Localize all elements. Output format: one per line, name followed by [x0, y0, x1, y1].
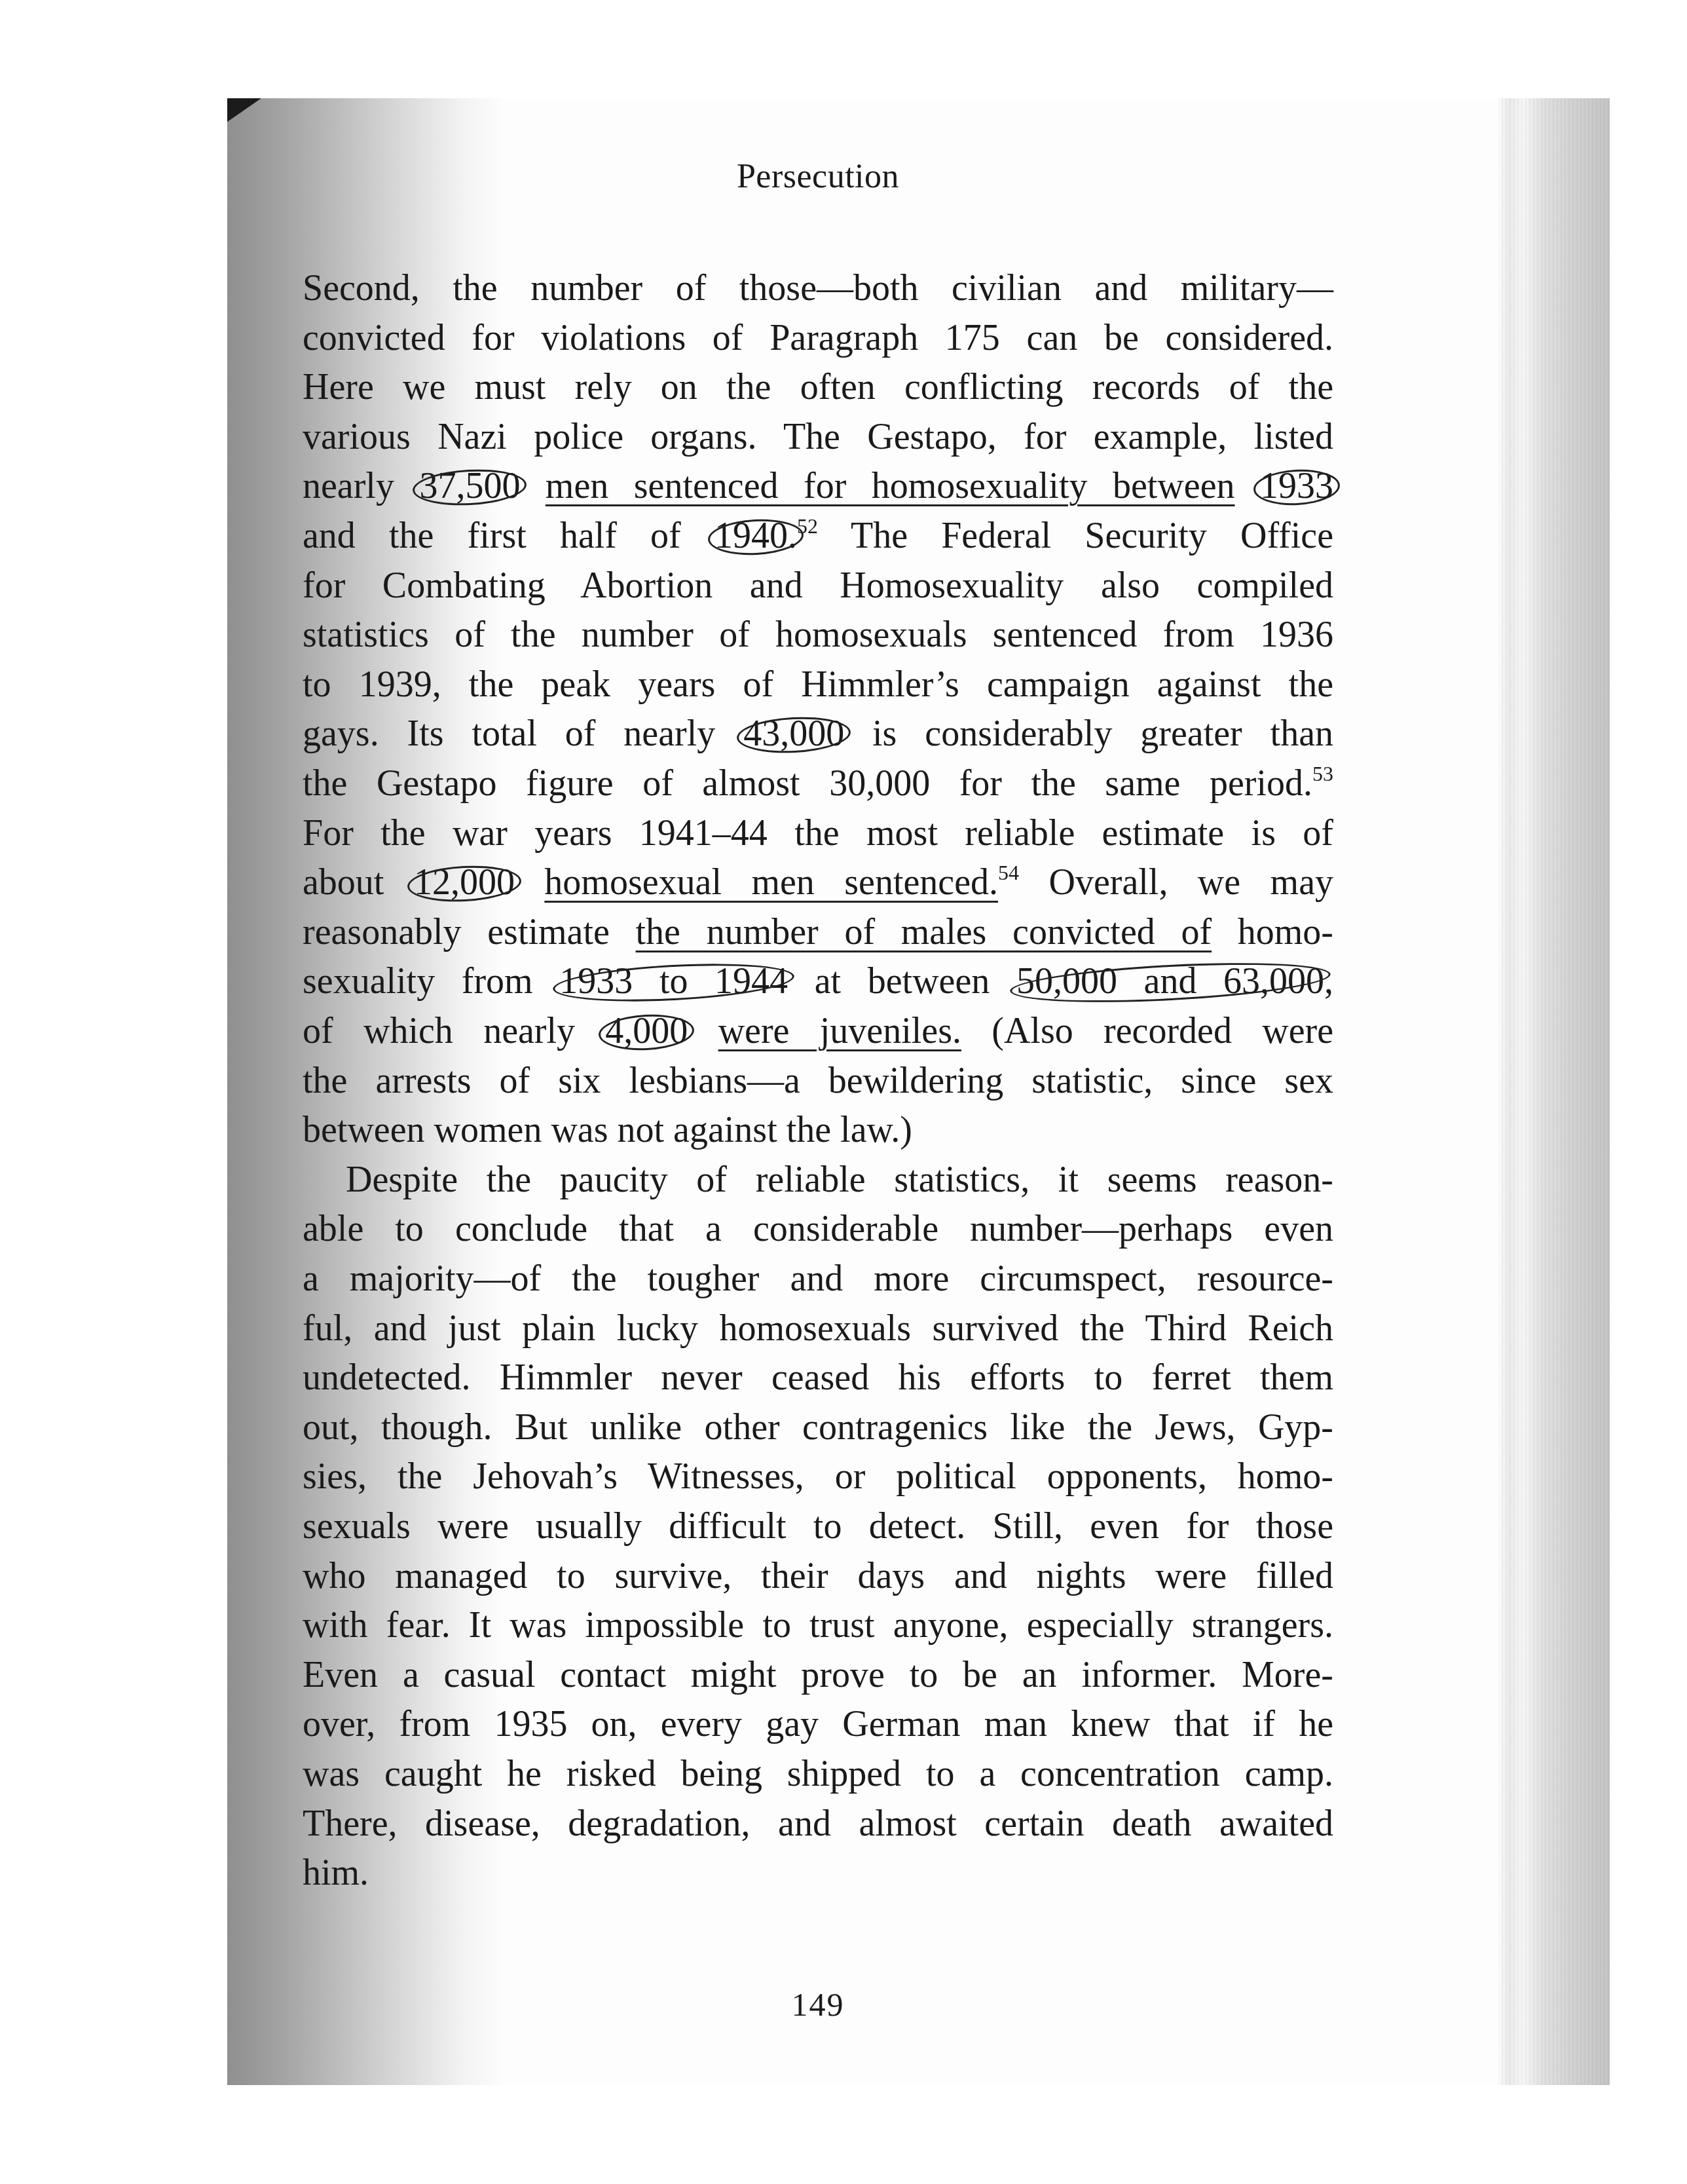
text-segment: ,: [1324, 961, 1333, 1002]
text-line: and the first half of 1940.52 The Federa…: [303, 513, 1333, 559]
text-line: a majority—of the tougher and more circu…: [303, 1256, 1333, 1302]
text-segment: him.: [303, 1853, 369, 1893]
text-segment: various Nazi police organs. The Gestapo,…: [303, 417, 1333, 457]
text-segment: statistics of the number of homosexuals …: [303, 614, 1333, 655]
text-segment: Overall, we may: [1019, 862, 1333, 903]
text-line: about 12,000 homosexual men sentenced.54…: [303, 859, 1333, 905]
text-segment: to 1939, the peak years of Himmler’s cam…: [303, 664, 1333, 705]
text-line: gays. Its total of nearly 43,000 is cons…: [303, 711, 1333, 757]
text-segment: [1235, 466, 1260, 506]
text-segment: reasonably estimate: [303, 912, 636, 952]
text-segment: out, though. But unlike other contrageni…: [303, 1407, 1333, 1448]
underlined-phrase: the number of males convicted of: [636, 912, 1212, 952]
circled-figure: 4,000: [605, 1011, 688, 1051]
text-line: For the war years 1941–44 the most relia…: [303, 810, 1333, 856]
text-segment: of which nearly: [303, 1011, 605, 1051]
text-line: who managed to survive, their days and n…: [303, 1553, 1333, 1599]
text-segment: between women was not against the law.): [303, 1110, 912, 1150]
footnote-marker: 52: [797, 514, 818, 538]
text-line: sexuals were usually difficult to detect…: [303, 1503, 1333, 1549]
text-line: out, though. But unlike other contrageni…: [303, 1404, 1333, 1450]
text-line: various Nazi police organs. The Gestapo,…: [303, 414, 1333, 460]
text-segment: sexuals were usually difficult to detect…: [303, 1506, 1333, 1547]
text-line: nearly 37,500 men sentenced for homosexu…: [303, 463, 1333, 509]
text-segment: sexuality from: [303, 961, 559, 1002]
corner-fold: [227, 98, 261, 122]
text-line: statistics of the number of homosexuals …: [303, 612, 1333, 658]
text-line: There, disease, degradation, and almost …: [303, 1801, 1333, 1847]
underlined-phrase: homosexual men sentenced.: [544, 862, 998, 903]
text-segment: was caught he risked being shipped to a …: [303, 1754, 1333, 1794]
page-edge-stack: [1498, 98, 1610, 2085]
text-line: Here we must rely on the often conflicti…: [303, 364, 1333, 410]
text-line: Second, the number of those—both civilia…: [303, 265, 1333, 311]
text-line: between women was not against the law.): [303, 1107, 1333, 1153]
text-segment: The Federal Security Office: [818, 516, 1333, 556]
text-segment: at between: [788, 961, 1016, 1002]
running-head: Persecution: [303, 157, 1333, 197]
circled-figure: 12,000: [414, 862, 515, 903]
circled-figure: 1933 to 1944: [559, 961, 788, 1002]
text-segment: [520, 466, 545, 506]
text-segment: [515, 862, 544, 903]
text-segment: convicted for violations of Paragraph 17…: [303, 318, 1333, 358]
text-segment: and the first half of: [303, 516, 714, 556]
text-line: of which nearly 4,000 were juveniles. (A…: [303, 1008, 1333, 1054]
text-line: sexuality from 1933 to 1944 at between 5…: [303, 958, 1333, 1004]
text-line: able to conclude that a considerable num…: [303, 1206, 1333, 1252]
text-segment: There, disease, degradation, and almost …: [303, 1803, 1333, 1844]
circled-figure: 1940.: [714, 516, 797, 556]
text-line: undetected. Himmler never ceased his eff…: [303, 1355, 1333, 1401]
underlined-phrase: were juveniles.: [718, 1011, 961, 1051]
text-segment: [688, 1011, 718, 1051]
text-segment: over, from 1935 on, every gay German man…: [303, 1704, 1333, 1744]
text-segment: sies, the Jehovah’s Witnesses, or politi…: [303, 1456, 1333, 1497]
text-line: convicted for violations of Paragraph 17…: [303, 315, 1333, 361]
text-segment: the arrests of six lesbians—a bewilderin…: [303, 1061, 1333, 1101]
text-line: over, from 1935 on, every gay German man…: [303, 1701, 1333, 1747]
circled-figure: 50,000 and 63,000: [1016, 961, 1324, 1002]
text-segment: ful, and just plain lucky homosexuals su…: [303, 1308, 1333, 1349]
text-line: the arrests of six lesbians—a bewilderin…: [303, 1058, 1333, 1104]
text-segment: For the war years 1941–44 the most relia…: [303, 813, 1333, 854]
text-line: with fear. It was impossible to trust an…: [303, 1602, 1333, 1648]
text-segment: Despite the paucity of reliable statisti…: [346, 1159, 1333, 1200]
text-segment: gays. Its total of nearly: [303, 713, 743, 754]
footnote-marker: 54: [998, 861, 1019, 884]
text-segment: for Combating Abortion and Homosexuality…: [303, 565, 1333, 606]
text-segment: a majority—of the tougher and more circu…: [303, 1258, 1333, 1299]
text-line: was caught he risked being shipped to a …: [303, 1751, 1333, 1797]
circled-figure: 37,500: [419, 466, 520, 506]
text-line: Despite the paucity of reliable statisti…: [303, 1157, 1333, 1203]
text-segment: homo-: [1212, 912, 1333, 952]
text-segment: the Gestapo figure of almost 30,000 for …: [303, 763, 1312, 804]
text-segment: Second, the number of those—both civilia…: [303, 268, 1333, 309]
text-line: for Combating Abortion and Homosexuality…: [303, 563, 1333, 609]
text-segment: with fear. It was impossible to trust an…: [303, 1605, 1333, 1646]
text-line: reasonably estimate the number of males …: [303, 909, 1333, 955]
text-segment: able to conclude that a considerable num…: [303, 1209, 1333, 1249]
text-line: Even a casual contact might prove to be …: [303, 1652, 1333, 1698]
footnote-marker: 53: [1312, 762, 1333, 785]
text-line: ful, and just plain lucky homosexuals su…: [303, 1306, 1333, 1351]
underlined-phrase: men sentenced for homosexuality between: [546, 466, 1235, 506]
text-segment: who managed to survive, their days and n…: [303, 1556, 1333, 1596]
text-segment: undetected. Himmler never ceased his eff…: [303, 1357, 1333, 1398]
text-line: him.: [303, 1850, 1333, 1896]
circled-figure: 1933: [1260, 466, 1333, 506]
circled-figure: 43,000: [743, 713, 844, 754]
text-segment: is considerably greater than: [844, 713, 1333, 754]
text-segment: about: [303, 862, 414, 903]
text-segment: Here we must rely on the often conflicti…: [303, 367, 1333, 407]
text-segment: Even a casual contact might prove to be …: [303, 1655, 1333, 1695]
text-line: to 1939, the peak years of Himmler’s cam…: [303, 662, 1333, 707]
text-line: sies, the Jehovah’s Witnesses, or politi…: [303, 1454, 1333, 1499]
page-number: 149: [303, 1985, 1333, 2024]
text-segment: nearly: [303, 466, 419, 506]
text-line: the Gestapo figure of almost 30,000 for …: [303, 761, 1333, 806]
text-segment: (Also recorded were: [961, 1011, 1333, 1051]
